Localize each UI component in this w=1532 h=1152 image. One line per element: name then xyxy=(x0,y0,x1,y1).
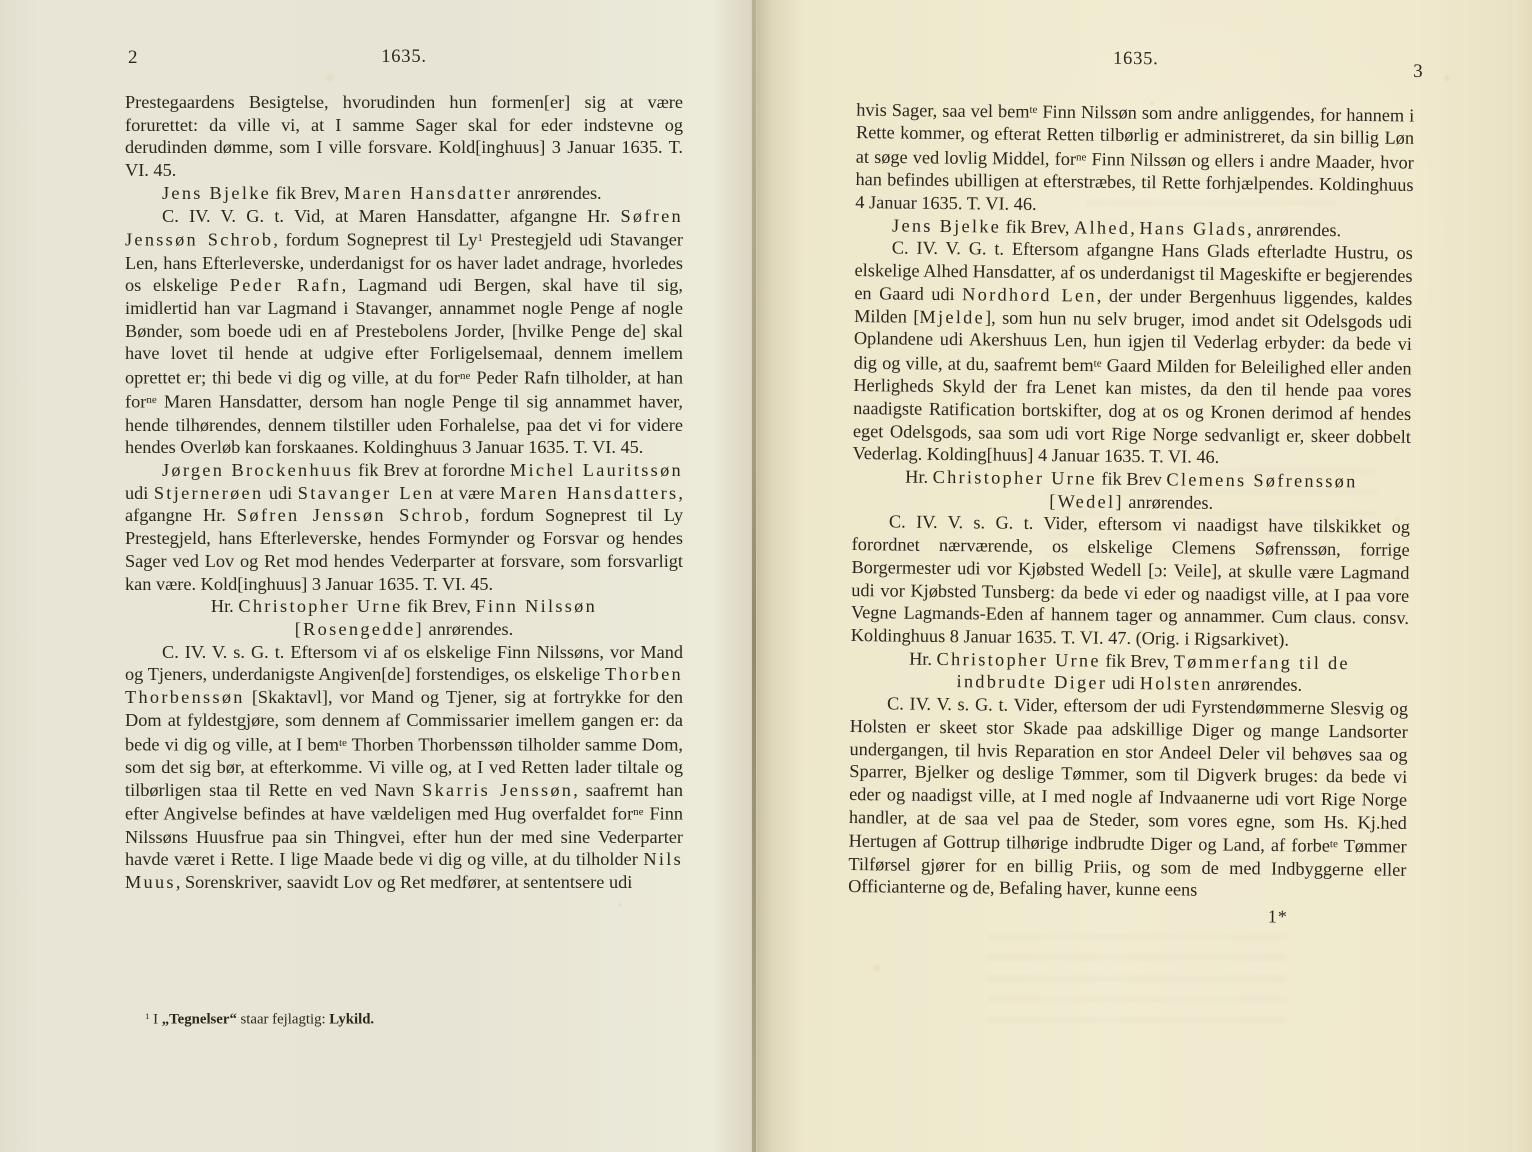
footnote: 1 I „Tegnelser“ staar fejlagtig: Lykild. xyxy=(125,1007,673,1029)
paragraph: C. IV. V. G. t. Vid, at Maren Hansdatter… xyxy=(125,205,683,460)
paragraph: C. IV. V. s. G. t. Vider, eftersom der u… xyxy=(848,692,1408,904)
paragraph: [Rosengedde] anrørendes. xyxy=(125,618,683,641)
right-page-content: 1635. 3 hvis Sager, saa vel bemte Finn N… xyxy=(848,41,1415,929)
paragraph: C. IV. V. s. G. t. Vider, eftersom vi na… xyxy=(851,511,1410,653)
page-body: Prestegaardens Besigtelse, hvorudinden h… xyxy=(125,91,683,894)
paragraph: Jens Bjelke fik Brev, Maren Hansdatter a… xyxy=(125,182,683,205)
paragraph: Prestegaardens Besigtelse, hvorudinden h… xyxy=(125,91,683,182)
paragraph: 1 I „Tegnelser“ staar fejlagtig: Lykild. xyxy=(125,1007,673,1029)
show-through-ghost xyxy=(987,935,1287,1025)
book-gutter xyxy=(752,0,756,1152)
page-number: 3 xyxy=(1413,61,1423,83)
paragraph: C. IV. V. s. G. t. Eftersom vi af os els… xyxy=(125,641,683,894)
left-page: 2 1635. Prestegaardens Besigtelse, hvoru… xyxy=(0,0,757,1152)
signature-mark: 1* xyxy=(848,902,1406,929)
right-page: 1635. 3 hvis Sager, saa vel bemte Finn N… xyxy=(757,0,1532,1152)
paragraph: hvis Sager, saa vel bemte Finn Nilssøn s… xyxy=(855,97,1414,220)
paragraph: C. IV. V. G. t. Eftersom afgangne Hans G… xyxy=(853,236,1413,470)
paragraph: Hr. Christopher Urne fik Brev, Finn Nils… xyxy=(125,595,683,618)
running-head: 1635. xyxy=(125,47,683,68)
page-body: hvis Sager, saa vel bemte Finn Nilssøn s… xyxy=(848,97,1414,904)
running-head: 1635. xyxy=(1113,49,1159,69)
paragraph: Jørgen Brockenhuus fik Brev at forordne … xyxy=(125,459,683,595)
